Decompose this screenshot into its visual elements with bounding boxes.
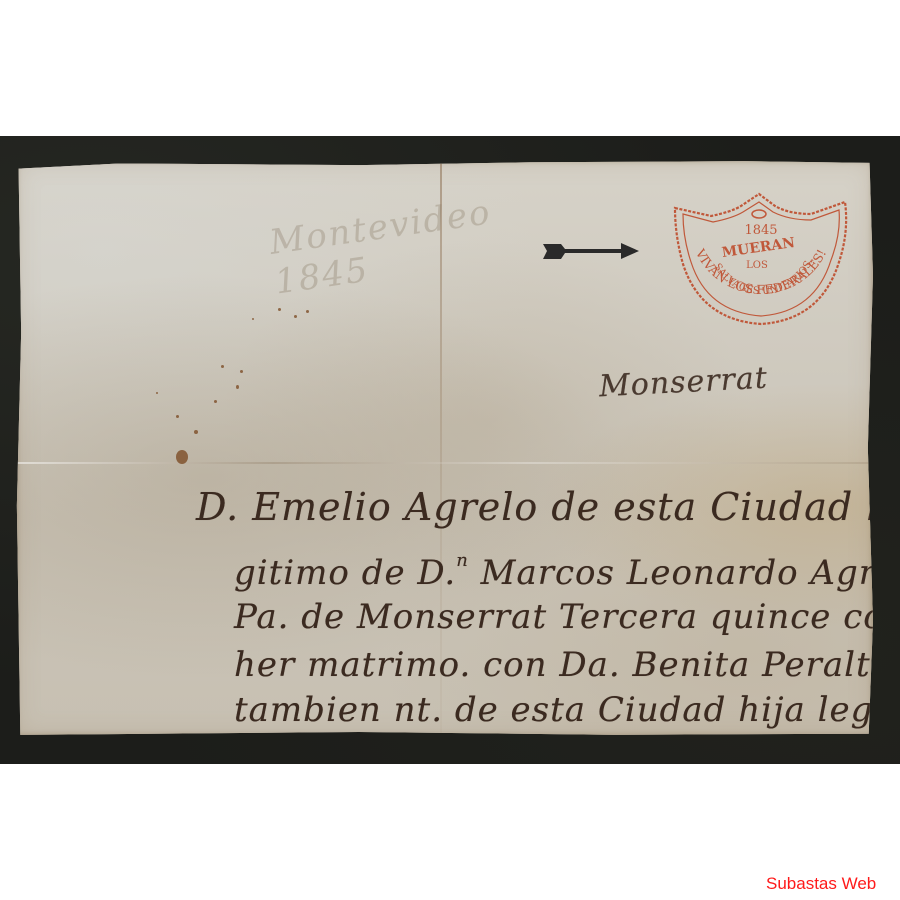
body-line-part: Marcos Leonardo Agrelo	[481, 553, 900, 593]
ink-stain	[236, 385, 239, 389]
ink-stain	[176, 450, 188, 464]
body-line: gitimo de D.n Marcos Leonardo Agrelo	[234, 550, 900, 593]
place-note: Monserrat	[598, 361, 768, 405]
watermark: Subastas Web	[766, 874, 876, 894]
ink-stain	[194, 430, 198, 434]
ink-stain	[252, 318, 254, 320]
body-line: Pa. de Monserrat Tercera quince cont.	[234, 597, 900, 637]
ink-stain	[306, 310, 309, 313]
ink-stain	[214, 400, 217, 403]
superscript: n	[456, 550, 469, 571]
ink-stain	[240, 370, 243, 373]
svg-text:LOS: LOS	[746, 260, 768, 271]
svg-text:1845: 1845	[744, 223, 777, 238]
body-line: her matrimo. con Da. Benita Peralta	[234, 645, 892, 685]
body-line: D. Emelio Agrelo de esta Ciudad hijo le	[196, 485, 900, 529]
svg-text:MUERAN: MUERAN	[721, 235, 796, 261]
ink-stain	[176, 415, 179, 418]
ink-stain	[294, 315, 297, 318]
body-line: tambien nt. de esta Ciudad hija legit.	[234, 690, 900, 730]
body-line-part: gitimo de D.	[234, 553, 456, 593]
ink-stain	[221, 365, 224, 368]
horizontal-fold-line	[16, 462, 873, 464]
document-paper: Montevideo 1845 1845 MUERAN LOS SALVAGES…	[16, 160, 873, 736]
ink-stain	[156, 392, 158, 394]
ink-stain	[278, 308, 281, 311]
arrow-right-icon	[541, 240, 641, 262]
federal-stamp: 1845 MUERAN LOS SALVAGES UNITARIOS. VIVA…	[671, 192, 849, 328]
